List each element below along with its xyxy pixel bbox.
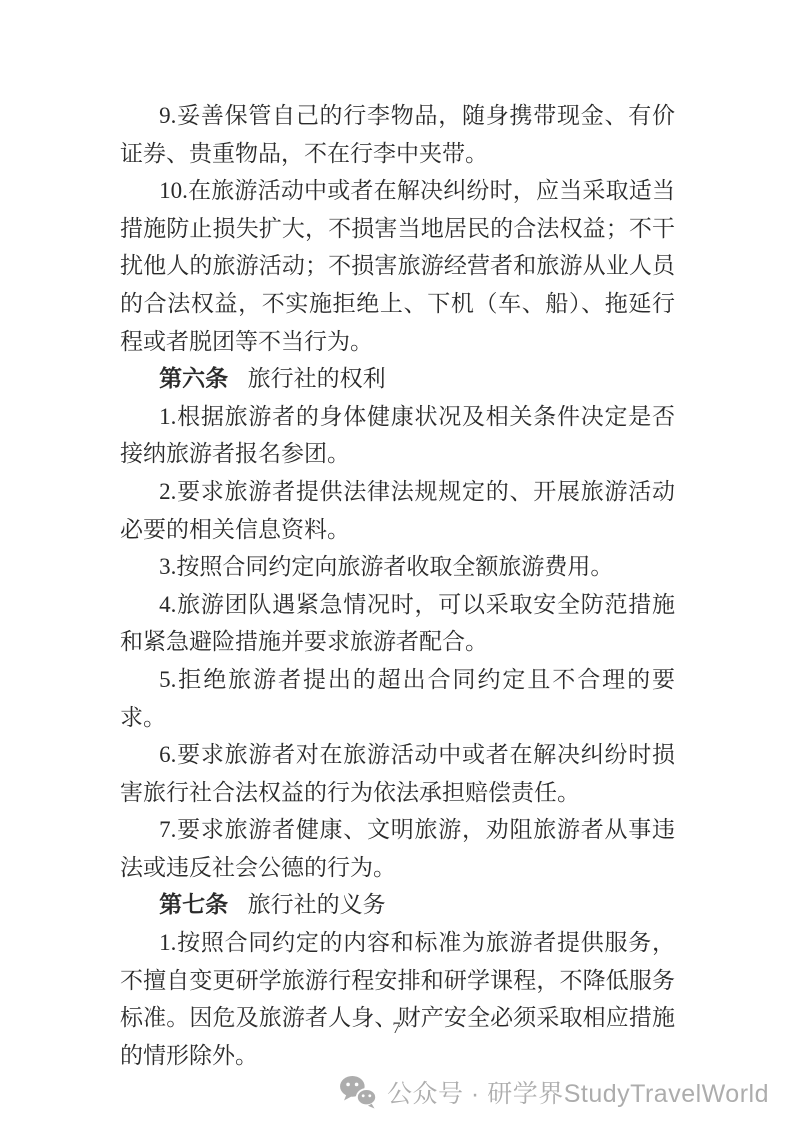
- heading-article-seven: 第七条旅行社的义务: [120, 886, 675, 924]
- article-seven-title: 旅行社的义务: [248, 892, 386, 917]
- article6-clause-3: 3.按照合同约定向旅游者收取全额旅游费用。: [120, 548, 675, 586]
- page-number: 7: [0, 1020, 793, 1038]
- article-seven-number: 第七条: [159, 891, 228, 917]
- wechat-icon: [339, 1075, 377, 1109]
- clause-10: 10.在旅游活动中或者在解决纠纷时，应当采取适当措施防止损失扩大，不损害当地居民…: [120, 172, 675, 360]
- article7-clause-1: 1.按照合同约定的内容和标准为旅游者提供服务，不擅自变更研学旅游行程安排和研学课…: [120, 924, 675, 1074]
- article6-clause-7: 7.要求旅游者健康、文明旅游，劝阻旅游者从事违法或违反社会公德的行为。: [120, 811, 675, 886]
- heading-article-six: 第六条旅行社的权利: [120, 360, 675, 398]
- article6-clause-6: 6.要求旅游者对在旅游活动中或者在解决纠纷时损害旅行社合法权益的行为依法承担赔偿…: [120, 736, 675, 811]
- document-page: 9.妥善保管自己的行李物品，随身携带现金、有价证券、贵重物品，不在行李中夹带。 …: [0, 0, 793, 1122]
- article6-clause-1: 1.根据旅游者的身体健康状况及相关条件决定是否接纳旅游者报名参团。: [120, 398, 675, 473]
- article6-clause-2: 2.要求旅游者提供法律法规规定的、开展旅游活动必要的相关信息资料。: [120, 473, 675, 548]
- article6-clause-4: 4.旅游团队遇紧急情况时，可以采取安全防范措施和紧急避险措施并要求旅游者配合。: [120, 586, 675, 661]
- article-six-number: 第六条: [159, 365, 228, 391]
- article-six-title: 旅行社的权利: [248, 366, 386, 391]
- footer-branding: 公众号 · 研学界StudyTravelWorld: [339, 1074, 769, 1110]
- document-body: 9.妥善保管自己的行李物品，随身携带现金、有价证券、贵重物品，不在行李中夹带。 …: [120, 97, 675, 1074]
- article6-clause-5: 5.拒绝旅游者提出的超出合同约定且不合理的要求。: [120, 661, 675, 736]
- footer-label: 公众号 · 研学界StudyTravelWorld: [387, 1074, 769, 1110]
- clause-9: 9.妥善保管自己的行李物品，随身携带现金、有价证券、贵重物品，不在行李中夹带。: [120, 97, 675, 172]
